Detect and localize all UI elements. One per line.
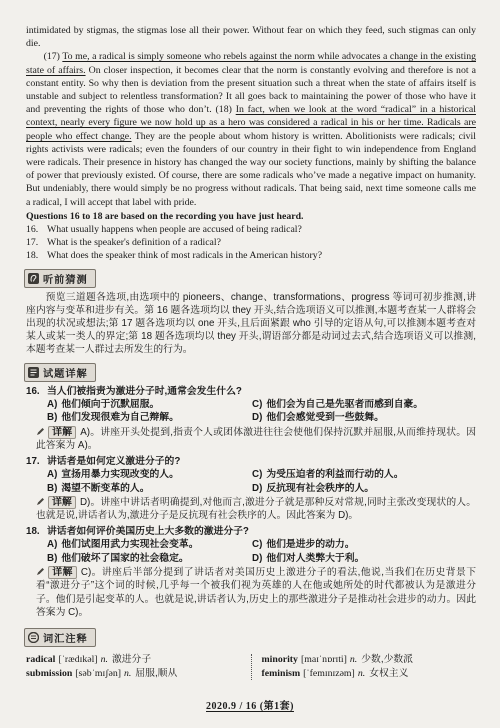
vocab-pos: n. [358,668,365,679]
answer-text: A)。讲座开头处提到,指责个人或团体激进往往会使他们保持沉默并屈服,从而维持现状… [36,427,476,451]
vocab-divider [251,654,252,680]
passage-segment: (17) [44,51,63,62]
question-line-18: 18. What does the speaker think of most … [26,249,476,262]
option-b: B)渴望不断变革的人。 [47,482,252,495]
explanation-item-16: 16. 当人们被指责为激进分子时,通常会发生什么? A)他们倾向于沉默屈服。 C… [26,385,476,453]
qa-options: A)他们倾向于沉默屈服。 C)他们会为自己是先驱者而感到自豪。 B)他们发现很难… [26,398,476,425]
vocab-meaning: 屈服,顺从 [135,668,177,679]
exam-paper-icon [28,367,39,378]
section-title: 试题详解 [43,365,88,380]
option-c: C)为受压迫者的利益而行动的人。 [252,468,476,481]
questions-intro: Questions 16 to 18 are based on the reco… [26,210,476,223]
section-header-explanations: 试题详解 [24,363,96,382]
qa-number: 17. [26,455,47,468]
section-title: 词汇注释 [43,630,88,645]
pencil-icon [36,427,45,438]
option-text: 他们会感觉受到一些鼓舞。 [266,412,384,423]
option-text: 他们破坏了国家的社会稳定。 [61,553,188,564]
vocab-word: radical [26,654,55,665]
vocab-column-left: radical[ˈrædɪkəl]n.激进分子 submission[səbˈm… [26,653,241,681]
option-label: A) [47,539,57,550]
passage-paragraph-main: (17) To me, a radical is simply someone … [26,50,476,208]
page-footer: 2020.9 / 16 (第1套) [0,696,500,714]
passage-paragraph-continuation: intimidated by stigmas, the stigmas lose… [26,24,476,50]
answer-label: 详解 [48,496,76,509]
vocab-entry: submission[səbˈmɪʃən]n.屈服,顺从 [26,667,241,681]
passage-segment: They are the people about whom history i… [26,131,476,208]
answer-label: 详解 [48,426,76,439]
qa-answer: 详解A)。讲座开头处提到,指责个人或团体激进往往会使他们保持沉默并屈服,从而维持… [26,426,476,453]
option-label: B) [47,483,57,494]
vocab-meaning: 女权主义 [369,668,408,679]
book-icon [28,632,39,643]
option-label: C) [252,469,262,480]
question-number: 16. [26,223,47,236]
vocab-phonetic: [ˈrædɪkəl] [58,654,97,665]
option-text: 他们倾向于沉默屈服。 [61,399,159,410]
qa-question-text: 讲话者如何评价美国历史上大多数的激进分子? [47,525,249,538]
question-text: What is the speaker's definition of a ra… [47,236,476,249]
vocab-entry: radical[ˈrædɪkəl]n.激进分子 [26,653,241,667]
pre-listening-body: 预览三道题各选项,由选项中的 pioneers、change、transform… [26,291,476,357]
option-label: A) [47,469,57,480]
vocab-entry: feminism[ˈfemɪnɪzəm]n.女权主义 [262,667,477,681]
page-number-label: 2020.9 / 16 (第1套) [206,701,294,712]
passage-segment: (18) [216,104,236,115]
pencil-icon [36,497,45,508]
qa-question: 16. 当人们被指责为激进分子时,通常会发生什么? [26,385,476,398]
option-label: C) [252,539,262,550]
question-line-17: 17. What is the speaker's definition of … [26,236,476,249]
vocab-meaning: 激进分子 [112,654,151,665]
option-label: D) [252,553,262,564]
option-text: 他们会为自己是先驱者而感到自豪。 [266,399,423,410]
option-label: A) [47,399,57,410]
option-c: C)他们是进步的动力。 [252,538,476,551]
option-text: 他们发现很难为自己辩解。 [61,412,179,423]
explanation-item-18: 18. 讲话者如何评价美国历史上大多数的激进分子? A)他们试图用武力实现社会变… [26,525,476,620]
option-text: 渴望不断变革的人。 [61,483,149,494]
question-text: What usually happens when people are acc… [47,223,476,236]
vocabulary-list: radical[ˈrædɪkəl]n.激进分子 submission[səbˈm… [26,653,476,681]
vocab-pos: n. [350,654,357,665]
explanation-item-17: 17. 讲话者是如何定义激进分子的? A)宣扬用暴力实现改变的人。 C)为受压迫… [26,455,476,523]
pencil-icon [36,567,45,578]
option-text: 宣扬用暴力实现改变的人。 [61,469,179,480]
option-d: D)反抗现有社会秩序的人。 [252,482,476,495]
vocab-phonetic: [maɪˈnɒrɪti] [301,654,347,665]
option-a: A)他们试图用武力实现社会变革。 [47,538,252,551]
option-d: D)他们会感觉受到一些鼓舞。 [252,411,476,424]
option-text: 他们试图用武力实现社会变革。 [61,539,198,550]
section-header-pre-listening: 听前猜测 [24,269,96,288]
section-header-vocabulary: 词汇注释 [24,628,96,647]
vocab-pos: n. [101,654,108,665]
question-text: What does the speaker think of most radi… [47,249,476,262]
qa-options: A)他们试图用武力实现社会变革。 C)他们是进步的动力。 B)他们破坏了国家的社… [26,538,476,565]
answer-text: D)。讲座中讲话者明确提到,对他而言,激进分子就是那种反对常规,同时主张改变现状… [36,497,476,521]
option-text: 他们对人类弊大于利。 [266,553,364,564]
question-number: 17. [26,236,47,249]
qa-question-text: 当人们被指责为激进分子时,通常会发生什么? [47,385,242,398]
qa-answer: 详解C)。讲座后半部分提到了讲话者对美国历史上激进分子的看法,他说,当我们在历史… [26,566,476,620]
qa-number: 18. [26,525,47,538]
questions-list: 16. What usually happens when people are… [26,223,476,263]
vocab-entry: minority[maɪˈnɒrɪti]n.少数,少数派 [262,653,477,667]
answer-text: C)。讲座后半部分提到了讲话者对美国历史上激进分子的看法,他说,当我们在历史背景… [36,567,476,618]
option-label: B) [47,412,57,423]
option-label: D) [252,412,262,423]
answer-label: 详解 [48,566,77,579]
qa-question: 17. 讲话者是如何定义激进分子的? [26,455,476,468]
option-text: 反抗现有社会秩序的人。 [266,483,374,494]
section-title: 听前猜测 [43,271,88,286]
option-text: 为受压迫者的利益而行动的人。 [266,469,403,480]
textbook-page: intimidated by stigmas, the stigmas lose… [0,0,500,728]
vocab-phonetic: [ˈfemɪnɪzəm] [303,668,355,679]
listening-passage: intimidated by stigmas, the stigmas lose… [26,24,476,209]
option-c: C)他们会为自己是先驱者而感到自豪。 [252,398,476,411]
option-d: D)他们对人类弊大于利。 [252,552,476,565]
option-label: D) [252,483,262,494]
option-a: A)他们倾向于沉默屈服。 [47,398,252,411]
question-line-16: 16. What usually happens when people are… [26,223,476,236]
option-a: A)宣扬用暴力实现改变的人。 [47,468,252,481]
option-b: B)他们发现很难为自己辩解。 [47,411,252,424]
vocab-pos: n. [124,668,131,679]
vocab-word: submission [26,668,72,679]
option-label: B) [47,553,57,564]
option-b: B)他们破坏了国家的社会稳定。 [47,552,252,565]
option-text: 他们是进步的动力。 [266,539,354,550]
vocab-word: minority [262,654,298,665]
vocab-word: feminism [262,668,301,679]
qa-answer: 详解D)。讲座中讲话者明确提到,对他而言,激进分子就是那种反对常规,同时主张改变… [26,496,476,523]
ear-icon [28,273,39,284]
qa-question-text: 讲话者是如何定义激进分子的? [47,455,180,468]
qa-number: 16. [26,385,47,398]
qa-question: 18. 讲话者如何评价美国历史上大多数的激进分子? [26,525,476,538]
vocab-phonetic: [səbˈmɪʃən] [75,668,121,679]
vocab-column-right: minority[maɪˈnɒrɪti]n.少数,少数派 feminism[ˈf… [262,653,477,681]
vocab-meaning: 少数,少数派 [361,654,413,665]
qa-options: A)宣扬用暴力实现改变的人。 C)为受压迫者的利益而行动的人。 B)渴望不断变革… [26,468,476,495]
option-label: C) [252,399,262,410]
question-number: 18. [26,249,47,262]
